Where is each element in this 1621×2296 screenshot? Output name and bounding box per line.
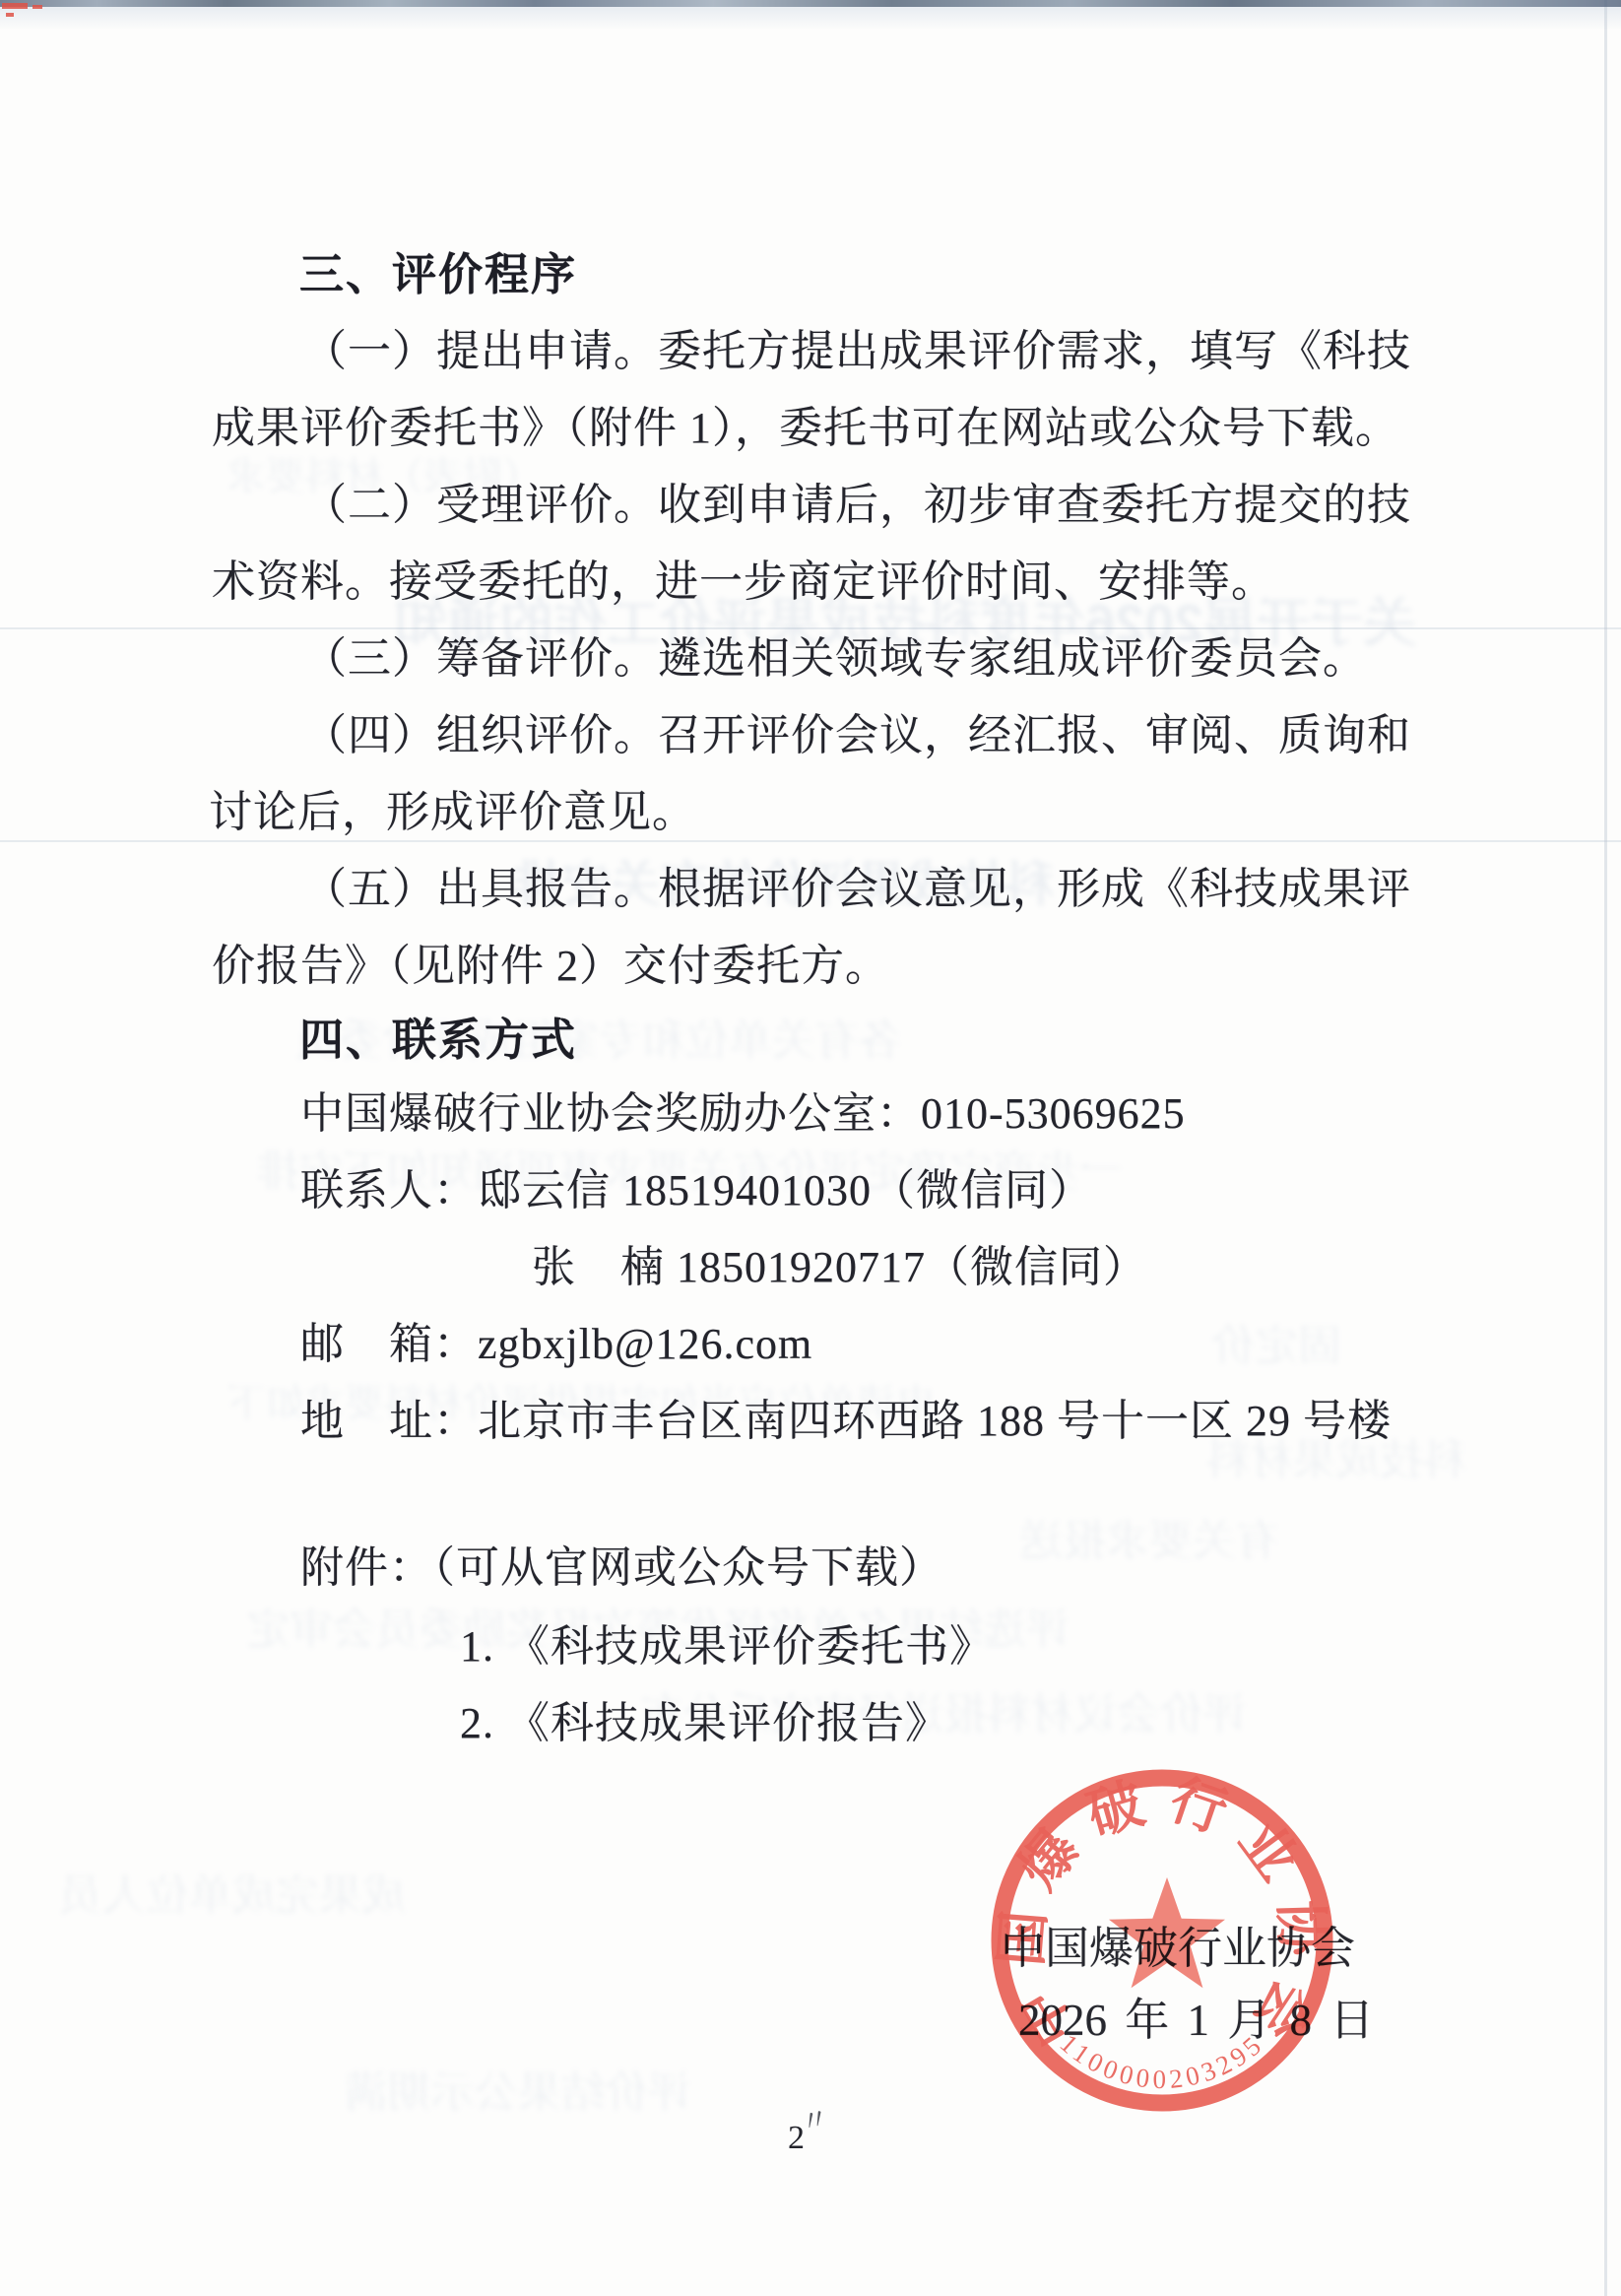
attachment-item: 2. 《科技成果评价报告》: [460, 1698, 949, 1749]
bleed-through-artifact: 评价结果公示期满: [345, 2057, 691, 2120]
procedure-line: 成果评价委托书》（附件 1），委托书可在网站或公众号下载。: [212, 403, 1399, 454]
attachment-item: 1. 《科技成果评价委托书》: [460, 1621, 994, 1673]
procedure-line: （一）提出申请。委托方提出成果评价需求，填写《科技: [303, 326, 1411, 377]
bleed-through-artifact: 有关要求报送: [1019, 1505, 1279, 1568]
section-heading-contact: 四、联系方式: [299, 1014, 577, 1066]
scan-edge-top: [0, 0, 1621, 7]
procedure-line: 术资料。接受委托的，进一步商定评价时间、安排等。: [212, 557, 1275, 608]
section-heading-procedure: 三、评价程序: [299, 248, 577, 300]
contact-office-phone: 中国爆破行业协会奖励办公室：010-53069625: [300, 1088, 1186, 1140]
signature-organization: 中国爆破行业协会: [1001, 1912, 1355, 1976]
bleed-through-artifact: 固定价: [1211, 1310, 1341, 1373]
scan-edge-right: [1604, 0, 1607, 2296]
procedure-line: 讨论后，形成评价意见。: [209, 787, 696, 838]
scanner-streak: [0, 840, 1621, 842]
scan-edge-wash: [0, 7, 1621, 31]
bleed-through-artifact: 成果完成单位人员: [59, 1860, 406, 1923]
page-number: 2: [788, 2120, 805, 2157]
procedure-line: 价报告》（见附件 2）交付委托方。: [212, 941, 889, 992]
red-speck-artifact: [32, 5, 42, 9]
contact-email: 邮 箱：zgbxjlb@126.com: [300, 1319, 812, 1370]
procedure-line: （三）筹备评价。遴选相关领域专家组成评价委员会。: [303, 633, 1367, 685]
procedure-line: （四）组织评价。召开评价会议，经汇报、审阅、质询和: [303, 710, 1411, 761]
procedure-line: （五）出具报告。根据评价会议意见，形成《科技成果评: [303, 864, 1411, 915]
signature-date: 2026 年 1 月 8 日: [1018, 1984, 1374, 2048]
procedure-line: （二）受理评价。收到申请后，初步审查委托方提交的技: [303, 480, 1411, 531]
scanned-document-page: （附表）材料要求 关于开展2026年度科技成果评价工作的通知 科技成果评价的有关…: [0, 0, 1621, 2296]
red-speck-artifact: [2, 3, 28, 9]
contact-address: 地 址：北京市丰台区南四环西路 188 号十一区 29 号楼: [300, 1396, 1392, 1447]
contact-person-1: 联系人：邸云信 18519401030（微信同）: [300, 1165, 1093, 1216]
attachments-intro: 附件：（可从官网或公众号下载）: [300, 1542, 943, 1594]
scanner-streak: [0, 627, 1621, 629]
contact-person-2: 张 楠 18501920717（微信同）: [532, 1242, 1147, 1293]
red-speck-artifact: [6, 13, 14, 17]
